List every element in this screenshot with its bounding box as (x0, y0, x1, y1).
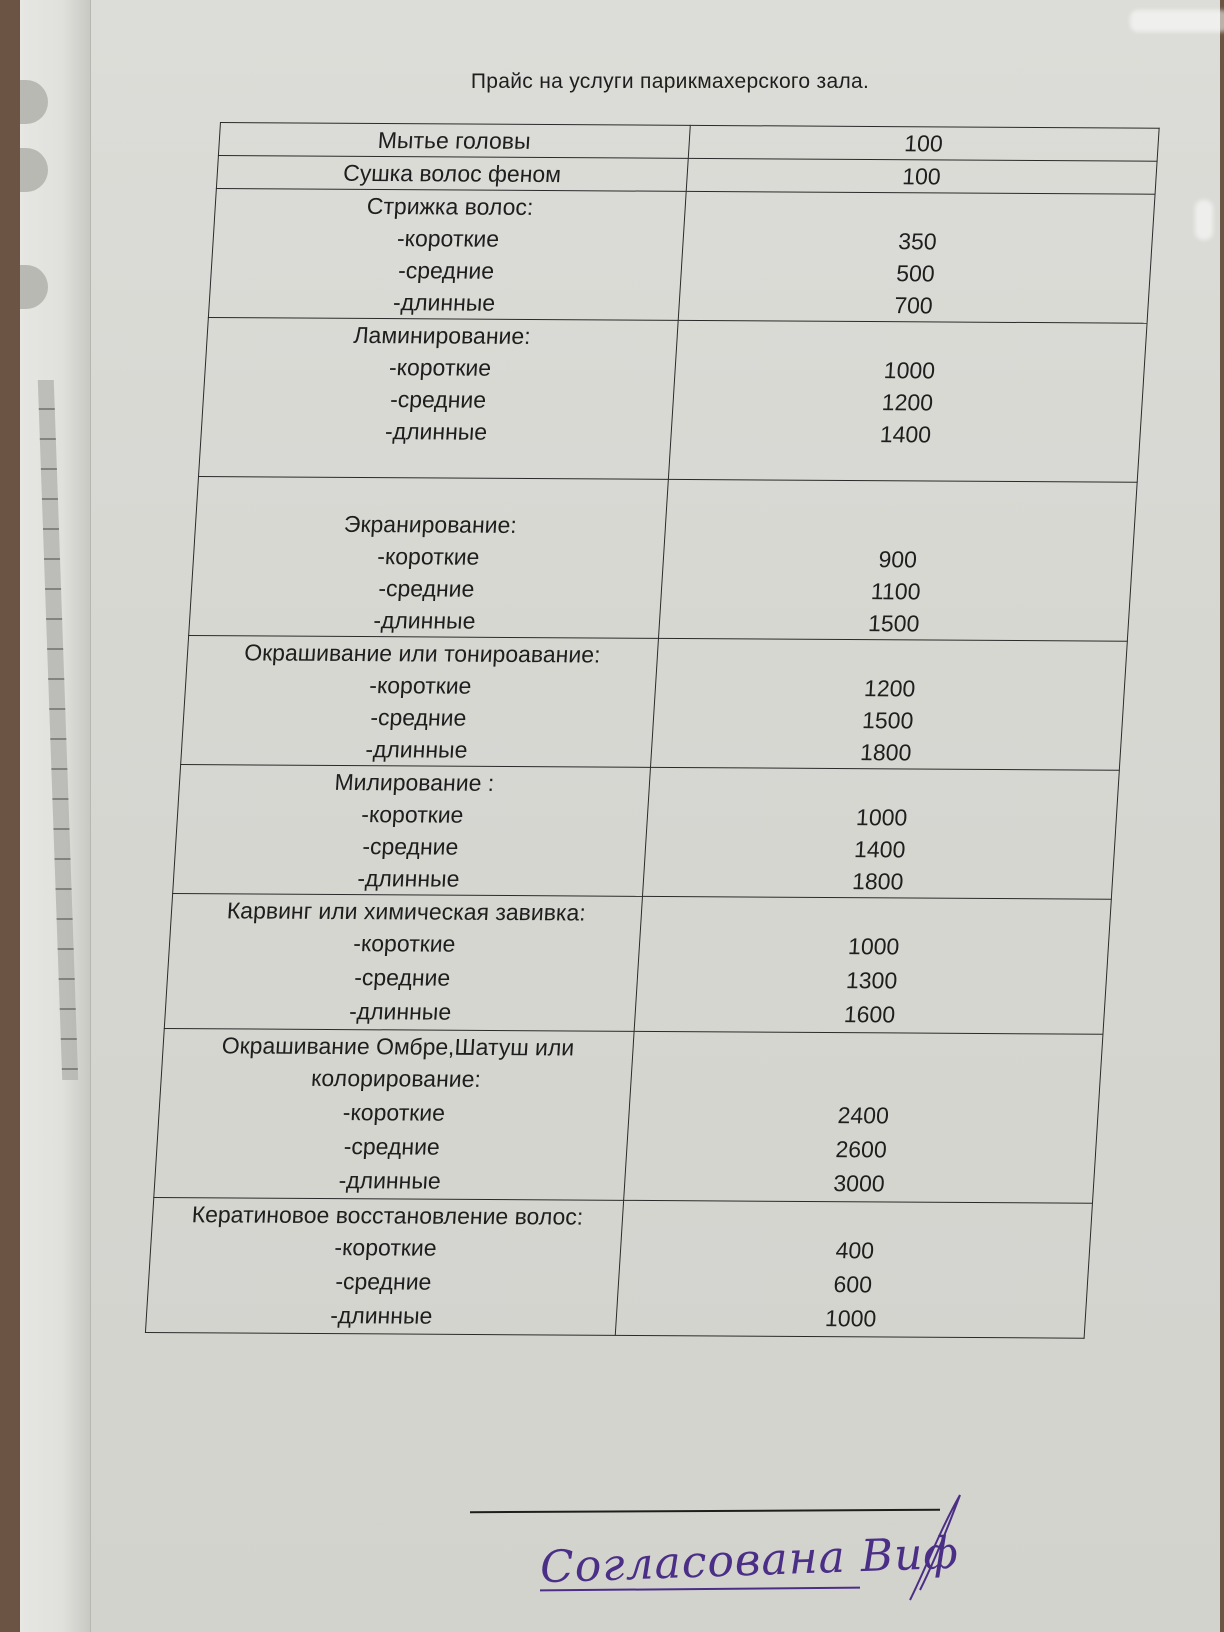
service-price: 350500700 (678, 191, 1155, 323)
length-label: -средние (167, 960, 638, 997)
price-value: 400 (620, 1233, 1090, 1270)
price-value: 1000 (647, 800, 1117, 835)
length-label: -длинные (173, 861, 644, 896)
price-value: 1300 (637, 963, 1107, 1000)
service-name: Сушка волос феном (216, 156, 688, 192)
price-value: 1400 (670, 417, 1140, 452)
length-label: -средние (191, 571, 662, 606)
price-value: 700 (678, 288, 1148, 323)
service-price: 120015001800 (650, 638, 1127, 770)
price-value: 1800 (643, 864, 1113, 899)
price-value: 1400 (645, 832, 1115, 867)
price-value: 100 (686, 159, 1156, 194)
table-row-group: Экранирование:-короткие-средние-длинные9… (189, 476, 1138, 641)
length-label: -длинные (181, 732, 652, 767)
service-price: 90011001500 (658, 479, 1137, 641)
sheet-protector-binder-strip (20, 0, 91, 1632)
service-price: 100014001800 (642, 767, 1119, 899)
service-name: Стрижка волос:-короткие-средние-длинные (208, 189, 686, 321)
length-label: -длинные (189, 603, 660, 638)
length-label: -короткие (185, 668, 656, 703)
plastic-glare (1195, 200, 1213, 240)
length-label: -длинные (165, 994, 636, 1031)
length-label: -длинные (209, 285, 680, 320)
length-label: -короткие (177, 797, 648, 832)
group-heading: Милирование : (179, 765, 650, 800)
price-value: 1200 (672, 385, 1142, 420)
price-value: 100 (689, 126, 1159, 161)
service-name: Милирование :-короткие-средние-длинные (173, 764, 651, 896)
service-price: 4006001000 (615, 1200, 1092, 1338)
group-heading: Ламинирование: (207, 318, 678, 353)
page-title: Прайс на услуги парикмахерского зала. (400, 70, 940, 94)
price-value: 600 (618, 1267, 1088, 1304)
price-value: 1600 (634, 997, 1104, 1034)
punch-hole (20, 148, 48, 192)
price-value: 1500 (659, 606, 1129, 641)
price-table: Мытье головы100Сушка волос феном100Стриж… (145, 122, 1160, 1339)
price-value: 1000 (639, 929, 1109, 966)
group-heading: Кератиновое восстановление волос: (152, 1198, 623, 1233)
length-label: -средние (148, 1264, 619, 1301)
length-label: -короткие (213, 221, 684, 256)
service-name: Ламинирование:-короткие-средние-длинные (199, 317, 678, 479)
signature-line (470, 1509, 940, 1513)
table-row-group: Ламинирование:-короткие-средние-длинные1… (199, 317, 1148, 482)
punch-hole (20, 80, 48, 124)
price-value: 500 (680, 256, 1150, 291)
service-name: Карвинг или химическая завивка:-короткие… (164, 893, 642, 1031)
price-value: 1800 (651, 735, 1121, 770)
length-label: -короткие (150, 1230, 621, 1267)
price-value: 2400 (628, 1098, 1098, 1135)
length-label: -средние (156, 1129, 627, 1166)
length-label: -короткие (205, 350, 676, 385)
length-label: -короткие (193, 539, 664, 574)
service-name: Окрашивание или тонироавание:-короткие-с… (181, 635, 659, 767)
price-value: 1200 (655, 671, 1125, 706)
length-label: -длинные (201, 414, 672, 449)
table-row-group: Окрашивание Омбре,Шатуш иликолорирование… (154, 1028, 1103, 1203)
table-row: Сушка волос феном100 (216, 156, 1157, 195)
service-price: 100 (688, 125, 1159, 161)
table-row-group: Милирование :-короткие-средние-длинные10… (173, 764, 1120, 899)
length-label: -короткие (159, 1095, 630, 1132)
group-heading: Окрашивание или тонироавание: (187, 636, 658, 671)
service-label: Сушка волос феном (217, 156, 688, 191)
service-price: 240026003000 (623, 1031, 1103, 1203)
price-value: 1100 (661, 574, 1131, 609)
group-heading: Окрашивание Омбре,Шатуш или (163, 1029, 634, 1064)
price-value: 1000 (616, 1301, 1086, 1338)
table-row-group: Стрижка волос:-короткие-средние-длинные3… (208, 189, 1155, 324)
price-value: 1500 (653, 703, 1123, 738)
group-heading: Экранирование: (195, 507, 666, 542)
price-value: 350 (682, 224, 1152, 259)
service-name: Мытье головы (218, 123, 690, 159)
plastic-glare (1130, 10, 1224, 32)
service-name: Окрашивание Омбре,Шатуш иликолорирование… (154, 1028, 634, 1200)
length-label: -средние (183, 700, 654, 735)
service-label: Мытье головы (219, 123, 690, 158)
price-value: 3000 (624, 1166, 1094, 1203)
punch-hole (20, 265, 48, 309)
paper-sheet: Прайс на услуги парикмахерского зала. Мы… (20, 0, 1220, 1632)
group-heading: Стрижка волос: (215, 189, 686, 224)
length-label: -длинные (154, 1163, 625, 1200)
ruler-strip (38, 380, 78, 1080)
length-label: -средние (175, 829, 646, 864)
group-heading-line2: колорирование: (161, 1061, 632, 1098)
table-row-group: Кератиновое восстановление волос:-коротк… (145, 1197, 1092, 1338)
service-price: 100 (686, 158, 1157, 194)
service-price: 100012001400 (668, 320, 1147, 482)
service-name: Кератиновое восстановление волос:-коротк… (145, 1197, 623, 1335)
length-label: -средние (211, 253, 682, 288)
table-row-group: Карвинг или химическая завивка:-короткие… (164, 893, 1111, 1034)
service-price: 100013001600 (634, 896, 1111, 1034)
table-row-group: Окрашивание или тонироавание:-короткие-с… (181, 635, 1128, 770)
length-label: -короткие (169, 926, 640, 963)
length-label: -длинные (146, 1298, 617, 1335)
group-heading: Карвинг или химическая завивка: (171, 894, 642, 929)
service-name: Экранирование:-короткие-средние-длинные (189, 476, 668, 638)
price-value: 900 (663, 542, 1133, 577)
signature-flourish-icon (900, 1490, 970, 1610)
price-value: 1000 (674, 353, 1144, 388)
handwritten-signature: Согласована Виф (539, 1528, 959, 1594)
length-label: -средние (203, 382, 674, 417)
price-value: 2600 (626, 1132, 1096, 1169)
